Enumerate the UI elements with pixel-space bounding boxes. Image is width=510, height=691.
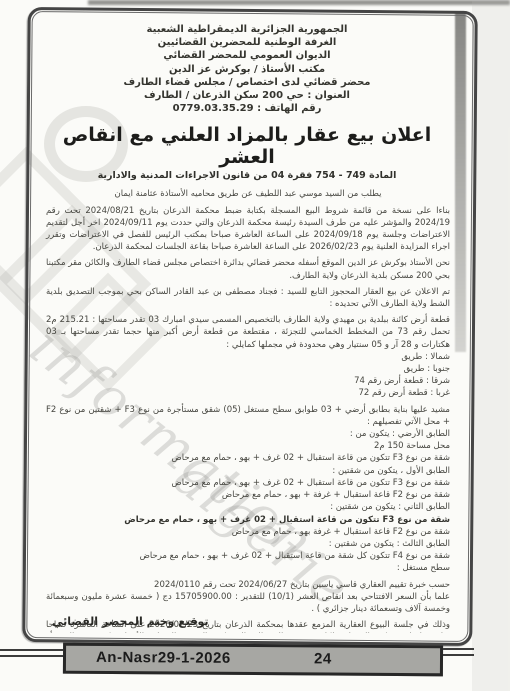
body-building-paragraph: مشيد عليها بناية بطابق أرضي + 03 طوابق س…: [46, 404, 450, 428]
body-second-floor-flat1: شقة من نوع F3 تتكون من قاعة استقبال + 02…: [46, 514, 450, 526]
document-content: الجمهورية الجزائرية الديمقراطية الشعبية …: [32, 13, 462, 633]
body-ground-floor-flat: شقة من نوع F3 تتكون من قاعة استقبال + 02…: [46, 452, 450, 464]
journal-page-number: 24: [314, 650, 332, 667]
body-third-floor-heading: الطابق الثالث : يتكون من شقتين :: [46, 538, 450, 550]
body-announcement-paragraph: تم الاعلان عن بيع العقار المحجوز التابع …: [46, 286, 450, 310]
signature-and-stamp-line: توقيع وختم المحضر القضائي: [52, 615, 209, 628]
letterhead-line-address: العنوان : حي 200 سكن الذرعان / الطارف: [32, 89, 462, 102]
notice-title: اعلان بيع عقار بالمزاد العلني مع انقاص ا…: [32, 124, 462, 168]
legal-reference: المادة 749 - 754 فقرة 04 من قانون الاجرا…: [32, 170, 462, 181]
body-boundary-north: شمالا : طريق: [46, 351, 450, 363]
body-price-paragraph: علما بأن السعر الافتتاحي بعد انقاص العشر…: [46, 591, 450, 615]
body-third-floor-flats: شقة من نوع F4 تتكون كل شقة من قاعة استقب…: [46, 550, 450, 562]
body-ground-floor-heading: الطابق الأرضي : يتكون من :: [46, 428, 450, 440]
body-boundary-west: غربا : قطعة أرض رقم 72: [46, 387, 450, 399]
scan-artifact-right-edge: [472, 0, 510, 691]
body-first-floor-flat1: شقة من نوع F3 تتكون من قاعة استقبال + 02…: [46, 477, 450, 489]
body-roof-line: سطح مستغل :: [46, 562, 450, 574]
letterhead-line-phone: رقم الهاتف : 0779.03.35.29: [32, 102, 462, 115]
body-second-floor-flat2: شقة من نوع F2 قاعة استقبال + غرفة بهو ، …: [46, 526, 450, 538]
notice-body: يطلب من السيد موسي عبد اللطيف عن طريق مح…: [32, 188, 462, 633]
footer-rule-left: [0, 649, 64, 651]
body-officer-paragraph: نحن الأستاذ بوكرش عز الدين الموقع أسفله …: [46, 257, 450, 281]
body-second-floor-heading: الطابق الثاني : يتكون من شقتين :: [46, 501, 450, 513]
letterhead-line-office: الديوان العمومي للمحضر القضائي: [32, 49, 462, 62]
body-first-floor-flat2: شقة من نوع F2 قاعة استقبال + غرفة + بهو …: [46, 489, 450, 501]
letterhead-line-jurisdiction: محضر قضائي لدى اختصاص / مجلس قضاء الطارف: [32, 76, 462, 89]
body-first-floor-heading: الطابق الأول ، يتكون من شقتين :: [46, 465, 450, 477]
scanned-auction-notice-page: information algérie الجمهورية الجزائرية …: [0, 0, 510, 691]
body-shop-line: محل مساحة 150 م2: [46, 440, 450, 452]
body-boundary-east: شرقا : قطعة أرض رقم 74: [46, 375, 450, 387]
footer-journal-bar: An-Nasr29-1-2026 24: [63, 643, 443, 677]
body-parcel-paragraph: قطعة أرض كائنة ببلدية بن مهيدي ولاية الط…: [46, 314, 450, 351]
scan-artifact-top: [88, 0, 510, 5]
footer-rule-left: [0, 655, 64, 657]
letterhead-line-republic: الجمهورية الجزائرية الديمقراطية الشعبية: [32, 23, 462, 36]
body-boundary-south: جنوبا : طريق: [46, 363, 450, 375]
footer-rule-right: [438, 654, 474, 656]
body-basis-paragraph: بناءا على نسخة من قائمة شروط البيع المسج…: [46, 205, 450, 254]
letterhead: الجمهورية الجزائرية الديمقراطية الشعبية …: [32, 13, 462, 115]
body-request-line: يطلب من السيد موسي عبد اللطيف عن طريق مح…: [46, 188, 450, 200]
letterhead-line-chamber: الغرفة الوطنية للمحضرين القضائيين: [32, 36, 462, 49]
letterhead-line-bailiff-name: مكتب الأستاذ / بوكرش عز الدين: [32, 63, 462, 76]
footer-rule-right: [438, 648, 474, 650]
journal-name-and-date: An-Nasr29-1-2026: [96, 649, 231, 667]
body-expertise-line: حسب خبرة تقييم العقاري قاسي ياسين بتاريخ…: [46, 579, 450, 591]
